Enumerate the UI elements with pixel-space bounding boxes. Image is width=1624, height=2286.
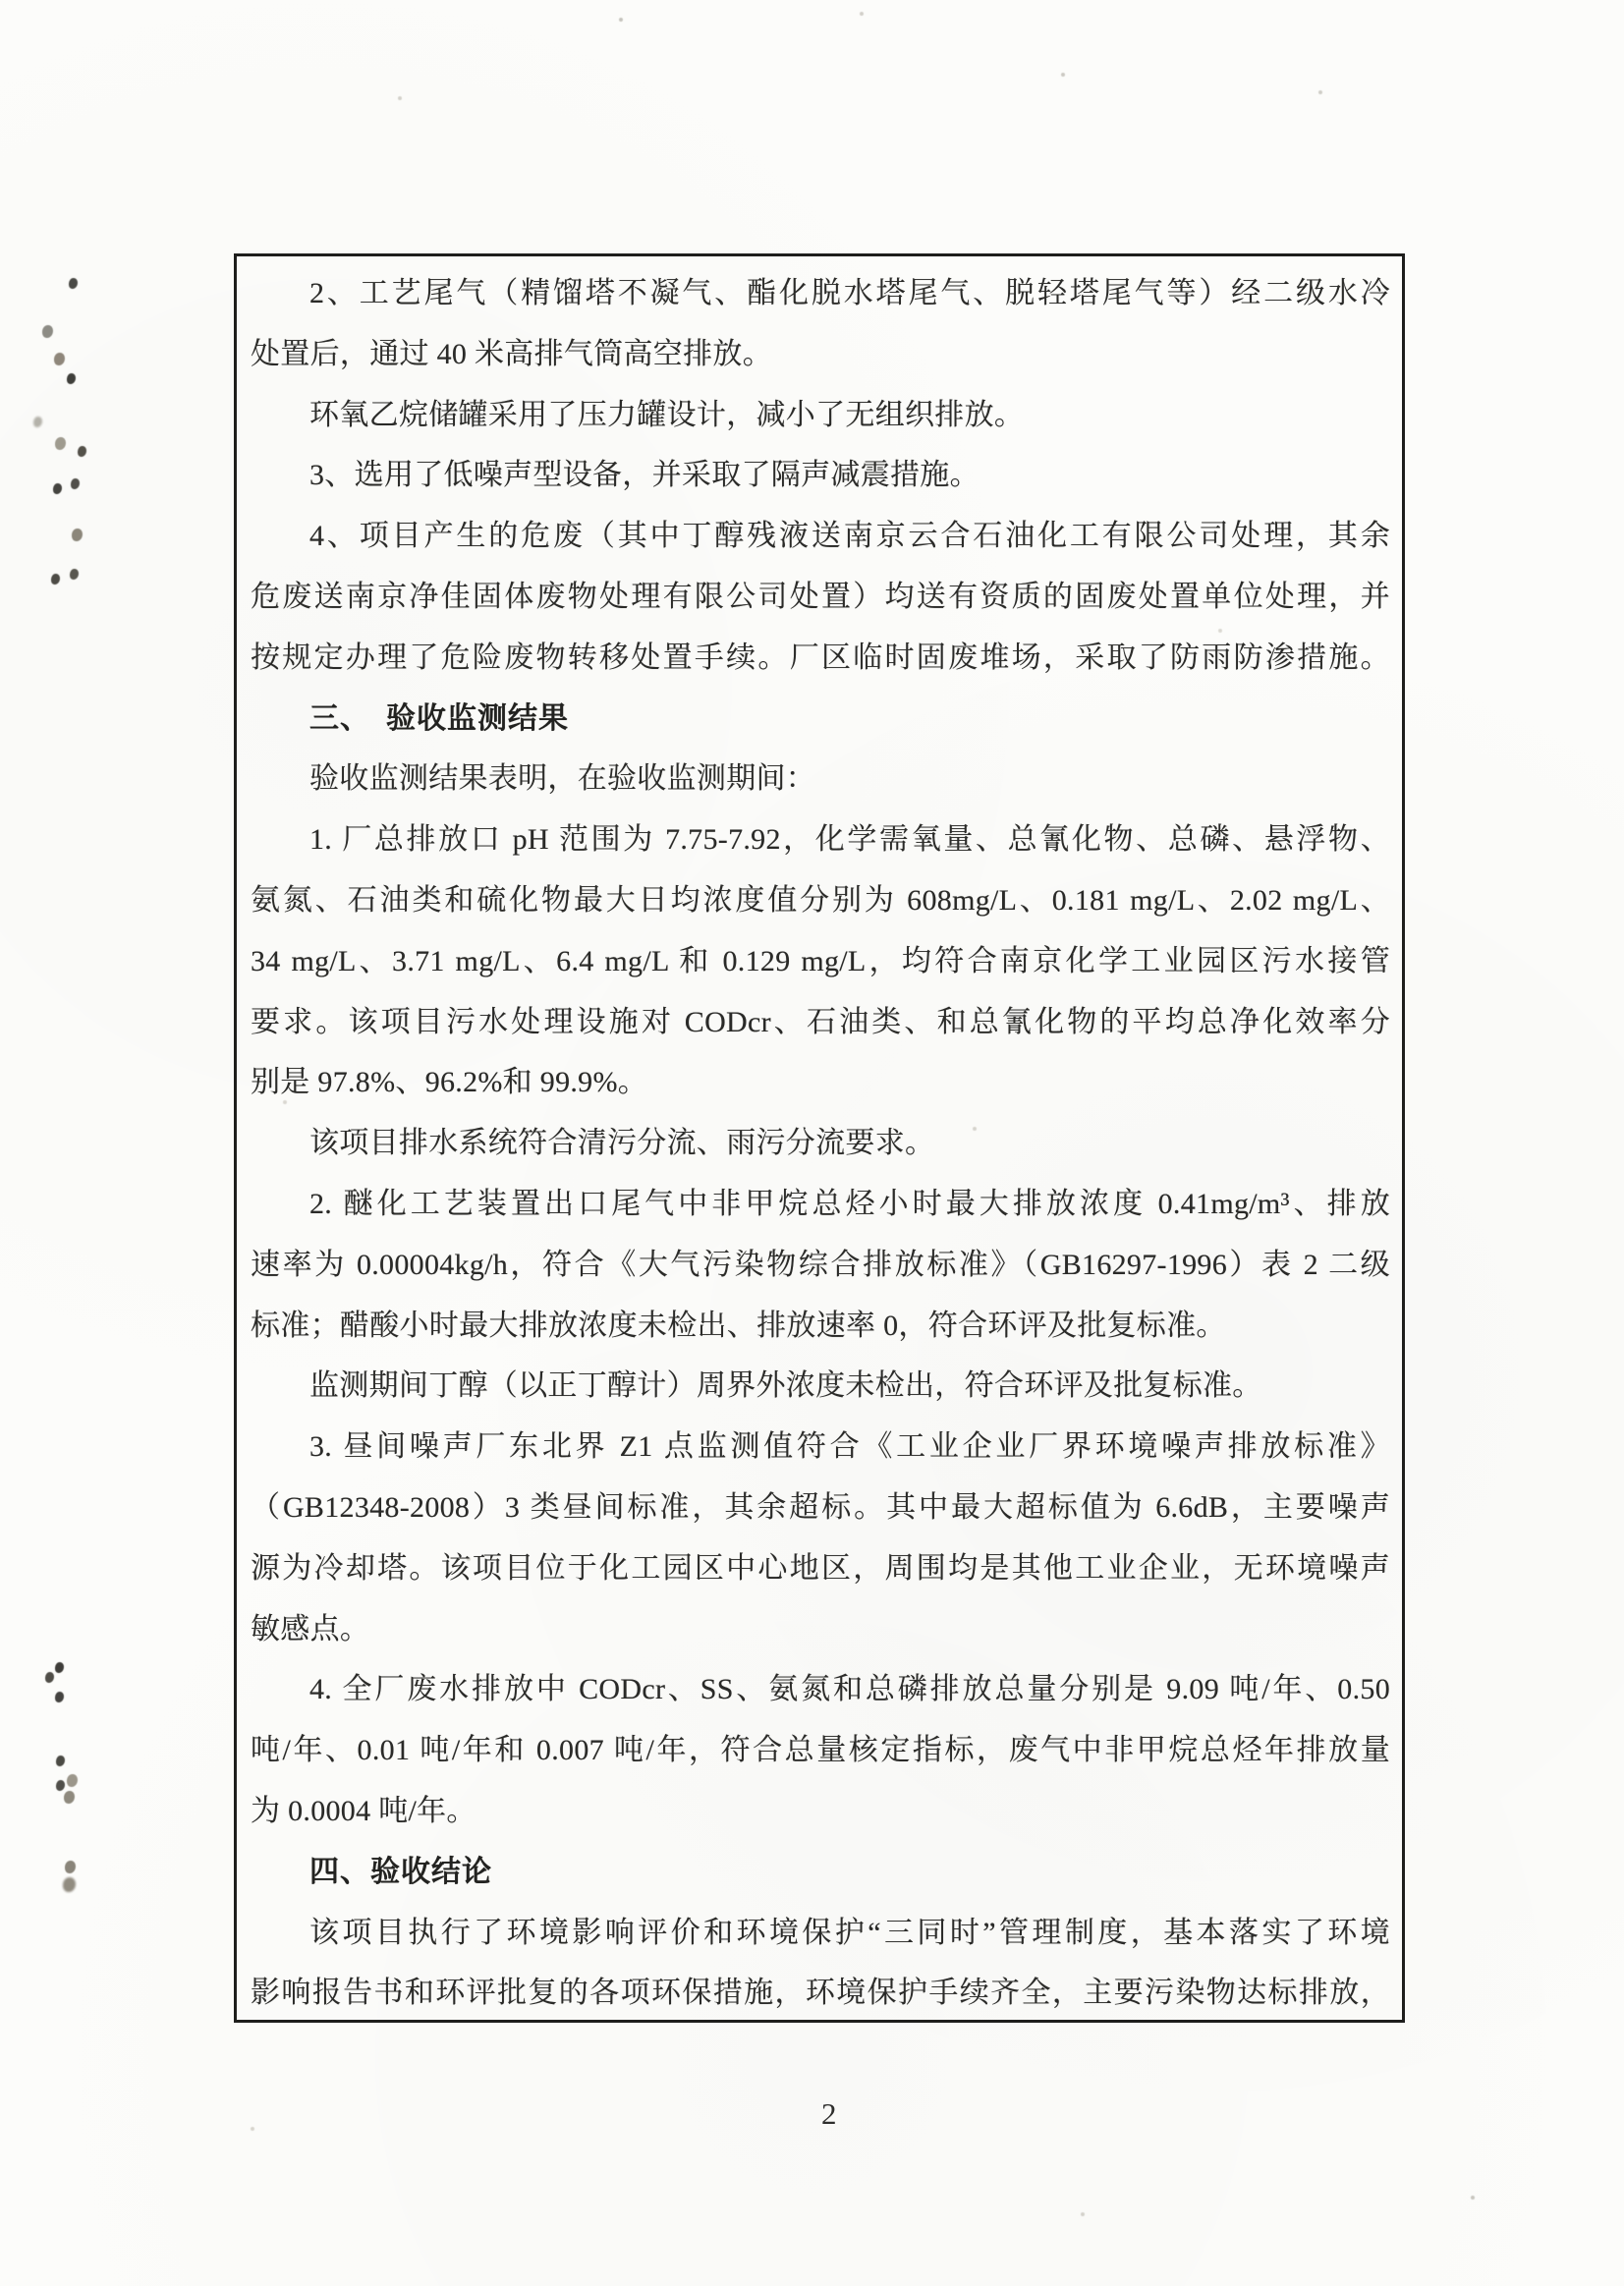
document-lines: 2、工艺尾气（精馏塔不凝气、酯化脱水塔尾气、脱轻塔尾气等）经二级水冷处置后，通过…	[251, 263, 1390, 2024]
text-line: 别是 97.8%、96.2%和 99.9%。	[251, 1052, 1390, 1113]
text-line: 吨/年、0.01 吨/年和 0.007 吨/年，符合总量核定指标，废气中非甲烷总…	[251, 1720, 1390, 1781]
text-line: 34 mg/L、3.71 mg/L、6.4 mg/L 和 0.129 mg/L，…	[251, 931, 1390, 992]
text-line: 2、工艺尾气（精馏塔不凝气、酯化脱水塔尾气、脱轻塔尾气等）经二级水冷	[251, 263, 1390, 324]
text-line: 为 0.0004 吨/年。	[251, 1781, 1390, 1842]
text-line: 标准；醋酸小时最大排放浓度未检出、排放速率 0，符合环评及批复标准。	[251, 1296, 1390, 1357]
text-line: 源为冷却塔。该项目位于化工园区中心地区，周围均是其他工业企业，无环境噪声	[251, 1538, 1390, 1599]
text-line: 环氧乙烷储罐采用了压力罐设计，减小了无组织排放。	[251, 385, 1390, 446]
text-line: 氨氮、石油类和硫化物最大日均浓度值分别为 608mg/L、0.181 mg/L、…	[251, 870, 1390, 931]
text-line: 要求。该项目污水处理设施对 CODcr、石油类、和总氰化物的平均总净化效率分	[251, 992, 1390, 1053]
text-line: 该项目执行了环境影响评价和环境保护“三同时”管理制度，基本落实了环境	[251, 1903, 1390, 1964]
text-line: 敏感点。	[251, 1599, 1390, 1660]
scanned-document-page: 2、工艺尾气（精馏塔不凝气、酯化脱水塔尾气、脱轻塔尾气等）经二级水冷处置后，通过…	[0, 0, 1624, 2286]
heading-line: 三、 验收监测结果	[251, 689, 1390, 750]
text-line: 验收监测结果表明，在验收监测期间：	[251, 749, 1390, 809]
text-line: 危废送南京净佳固体废物处理有限公司处置）均送有资质的固废处置单位处理，并	[251, 567, 1390, 628]
text-line: 3. 昼间噪声厂东北界 Z1 点监测值符合《工业企业厂界环境噪声排放标准》	[251, 1417, 1390, 1478]
heading-line: 四、验收结论	[251, 1842, 1390, 1903]
text-line: 按规定办理了危险废物转移处置手续。厂区临时固废堆场，采取了防雨防渗措施。	[251, 628, 1390, 689]
text-line: 3、选用了低噪声型设备，并采取了隔声减震措施。	[251, 445, 1390, 506]
text-line: 该项目排水系统符合清污分流、雨污分流要求。	[251, 1113, 1390, 1174]
text-line: 影响报告书和环评批复的各项环保措施，环境保护手续齐全，主要污染物达标排放，	[251, 1963, 1390, 2024]
text-line: 2. 醚化工艺装置出口尾气中非甲烷总烃小时最大排放浓度 0.41mg/m³、排放	[251, 1174, 1390, 1235]
text-line: 监测期间丁醇（以正丁醇计）周界外浓度未检出，符合环评及批复标准。	[251, 1356, 1390, 1417]
text-line: 1. 厂总排放口 pH 范围为 7.75-7.92，化学需氧量、总氰化物、总磷、…	[251, 809, 1390, 870]
text-line: （GB12348-2008）3 类昼间标准，其余超标。其中最大超标值为 6.6d…	[251, 1478, 1390, 1538]
text-line: 处置后，通过 40 米高排气筒高空排放。	[251, 324, 1390, 385]
text-line: 4. 全厂废水排放中 CODcr、SS、氨氮和总磷排放总量分别是 9.09 吨/…	[251, 1659, 1390, 1720]
document-border-box: 2、工艺尾气（精馏塔不凝气、酯化脱水塔尾气、脱轻塔尾气等）经二级水冷处置后，通过…	[234, 253, 1405, 2023]
scan-noise-specks	[0, 0, 4, 4]
text-line: 速率为 0.00004kg/h，符合《大气污染物综合排放标准》（GB16297-…	[251, 1235, 1390, 1296]
page-number: 2	[821, 2096, 837, 2132]
text-line: 4、项目产生的危废（其中丁醇残液送南京云合石油化工有限公司处理，其余	[251, 506, 1390, 567]
